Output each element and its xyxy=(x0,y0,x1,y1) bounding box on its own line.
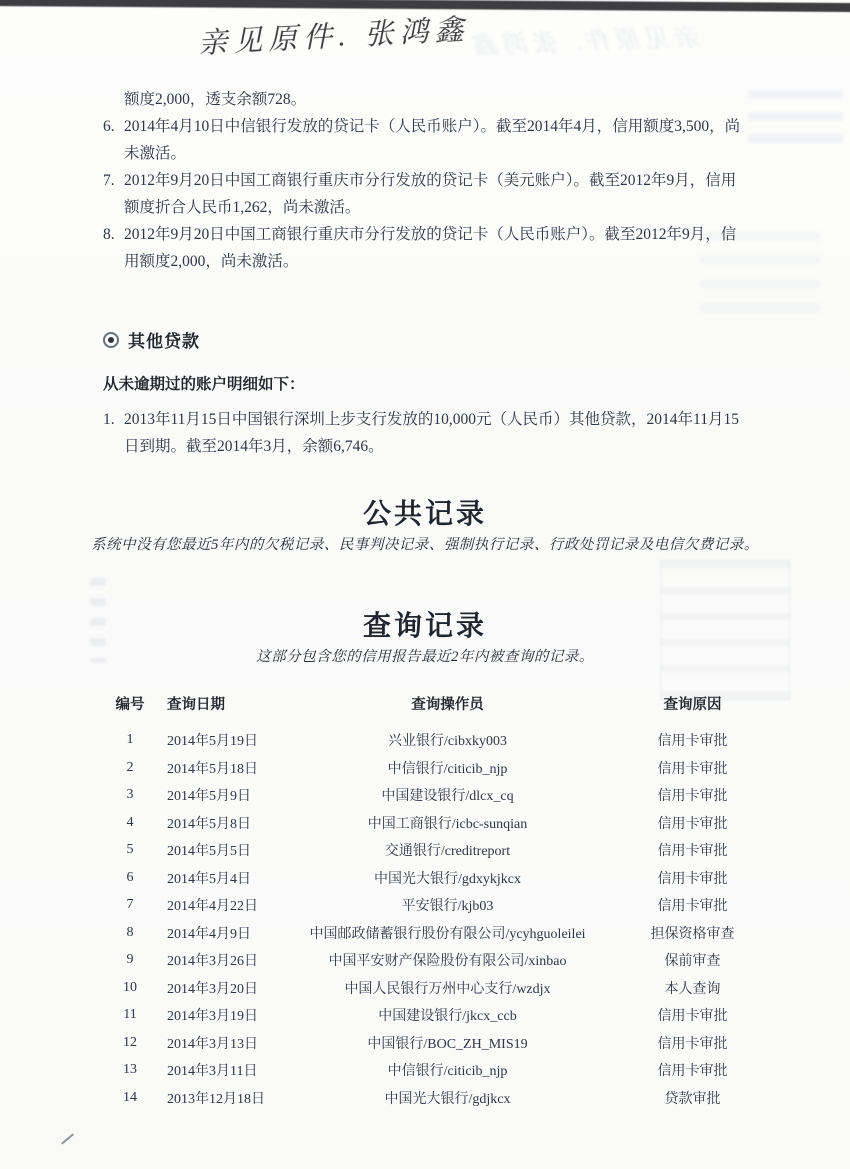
list-item-number: 1. xyxy=(103,406,124,460)
table-cell: 8 xyxy=(105,925,155,941)
table-cell: 2014年5月18日 xyxy=(155,758,305,778)
table-cell: 信用卡审批 xyxy=(590,1060,795,1080)
query-records-description: 这部分包含您的信用报告最近2年内被查询的记录。 xyxy=(0,645,850,666)
table-cell: 信用卡审批 xyxy=(590,840,795,860)
table-header-cell: 查询日期 xyxy=(155,693,305,714)
table-row: 132014年3月11日中信银行/citicib_njp信用卡审批 xyxy=(105,1057,795,1085)
table-cell: 2014年5月4日 xyxy=(155,868,305,888)
other-loan-items: 1.2013年11月15日中国银行深圳上步支行发放的10,000元（人民币）其他… xyxy=(103,406,751,460)
table-cell: 1 xyxy=(105,732,155,748)
table-row: 52014年5月5日交通银行/creditreport信用卡审批 xyxy=(105,837,795,865)
table-cell: 4 xyxy=(105,815,155,831)
table-row: 122014年3月13日中国银行/BOC_ZH_MIS19信用卡审批 xyxy=(105,1029,795,1057)
table-cell: 3 xyxy=(105,787,155,803)
table-cell: 7 xyxy=(105,897,155,913)
table-cell: 6 xyxy=(105,870,155,886)
list-item: 8.2012年9月20日中国工商银行重庆市分行发放的贷记卡（人民币账户）。截至2… xyxy=(103,221,751,275)
table-cell: 2014年4月22日 xyxy=(155,895,305,915)
credit-card-item-continuation: 额度2,000，透支余额728。 xyxy=(103,86,751,113)
query-records-table: 编号查询日期查询操作员查询原因12014年5月19日兴业银行/cibxky003… xyxy=(105,690,795,1112)
table-row: 32014年5月9日中国建设银行/dlcx_cq信用卡审批 xyxy=(105,782,795,810)
table-cell: 保前审查 xyxy=(590,950,795,970)
table-header-cell: 编号 xyxy=(105,693,155,714)
table-cell: 交通银行/creditreport xyxy=(305,840,590,860)
table-row: 62014年5月4日中国光大银行/gdxykjkcx信用卡审批 xyxy=(105,864,795,892)
other-loans-title: 其他贷款 xyxy=(128,327,200,352)
table-cell: 2014年5月19日 xyxy=(155,730,305,750)
table-cell: 平安银行/kjb03 xyxy=(305,895,590,915)
table-cell: 中国工商银行/icbc-sunqian xyxy=(305,813,590,833)
table-cell: 信用卡审批 xyxy=(590,813,795,833)
table-cell: 信用卡审批 xyxy=(590,868,795,888)
query-records-title: 查询记录 xyxy=(0,604,850,644)
table-cell: 2014年5月8日 xyxy=(155,813,305,833)
table-cell: 2013年12月18日 xyxy=(155,1088,305,1108)
table-cell: 中信银行/citicib_njp xyxy=(305,758,590,778)
table-cell: 信用卡审批 xyxy=(590,895,795,915)
table-cell: 信用卡审批 xyxy=(590,1005,795,1025)
public-records-title: 公共记录 xyxy=(0,492,850,532)
table-cell: 2014年4月9日 xyxy=(155,923,305,943)
table-cell: 9 xyxy=(105,952,155,968)
table-row: 42014年5月8日中国工商银行/icbc-sunqian信用卡审批 xyxy=(105,809,795,837)
other-loans-intro: 从未逾期过的账户明细如下： xyxy=(103,372,305,394)
table-cell: 中国平安财产保险股份有限公司/xinbao xyxy=(305,950,590,970)
table-cell: 信用卡审批 xyxy=(590,1033,795,1053)
table-cell: 14 xyxy=(105,1090,155,1106)
table-cell: 5 xyxy=(105,842,155,858)
table-cell: 2014年3月19日 xyxy=(155,1005,305,1025)
table-cell: 2014年5月5日 xyxy=(155,840,305,860)
table-cell: 信用卡审批 xyxy=(590,785,795,805)
credit-card-list: 额度2,000，透支余额728。 6.2014年4月10日中信银行发放的贷记卡（… xyxy=(103,86,751,275)
list-item-text: 2012年9月20日中国工商银行重庆市分行发放的贷记卡（美元账户）。截至2012… xyxy=(124,167,751,221)
table-cell: 12 xyxy=(105,1035,155,1051)
other-loans-section-header: 其他贷款 xyxy=(103,327,200,352)
section-bullet-icon xyxy=(103,332,119,348)
bleed-through-artifact xyxy=(748,90,843,150)
list-item: 1.2013年11月15日中国银行深圳上步支行发放的10,000元（人民币）其他… xyxy=(103,406,751,460)
table-cell: 贷款审批 xyxy=(590,1088,795,1108)
table-row: 72014年4月22日平安银行/kjb03信用卡审批 xyxy=(105,892,795,920)
table-cell: 2014年3月26日 xyxy=(155,950,305,970)
public-records-description: 系统中没有您最近5年内的欠税记录、民事判决记录、强制执行记录、行政处罚记录及电信… xyxy=(0,533,850,554)
table-cell: 中国光大银行/gdxykjkcx xyxy=(305,868,590,888)
table-cell: 11 xyxy=(105,1007,155,1023)
list-item-number: 7. xyxy=(103,167,124,221)
table-cell: 中国邮政储蓄银行股份有限公司/ycyhguoleilei xyxy=(305,923,590,943)
table-cell: 本人查询 xyxy=(590,978,795,998)
table-cell: 2 xyxy=(105,760,155,776)
list-item: 7.2012年9月20日中国工商银行重庆市分行发放的贷记卡（美元账户）。截至20… xyxy=(103,167,751,221)
table-cell: 担保资格审查 xyxy=(590,923,795,943)
table-cell: 中国建设银行/dlcx_cq xyxy=(305,785,590,805)
list-item-number: 8. xyxy=(103,221,124,275)
table-cell: 10 xyxy=(105,980,155,996)
table-row: 92014年3月26日中国平安财产保险股份有限公司/xinbao保前审查 xyxy=(105,947,795,975)
table-cell: 中信银行/citicib_njp xyxy=(305,1060,590,1080)
table-row: 22014年5月18日中信银行/citicib_njp信用卡审批 xyxy=(105,754,795,782)
table-row: 102014年3月20日中国人民银行万州中心支行/wzdjx本人查询 xyxy=(105,974,795,1002)
table-cell: 2014年5月9日 xyxy=(155,785,305,805)
table-header-cell: 查询操作员 xyxy=(305,693,590,714)
table-header-cell: 查询原因 xyxy=(590,693,795,714)
table-header-row: 编号查询日期查询操作员查询原因 xyxy=(105,690,795,718)
table-cell: 中国光大银行/gdjkcx xyxy=(305,1088,590,1108)
table-cell: 2014年3月20日 xyxy=(155,978,305,998)
table-row: 112014年3月19日中国建设银行/jkcx_ccb信用卡审批 xyxy=(105,1002,795,1030)
list-item-text: 2014年4月10日中信银行发放的贷记卡（人民币账户）。截至2014年4月，信用… xyxy=(124,113,751,167)
bleed-through-handwriting-artifact: 亲见原件. 张鸿鑫 xyxy=(451,18,702,63)
table-cell: 中国建设银行/jkcx_ccb xyxy=(305,1005,590,1025)
table-row: 12014年5月19日兴业银行/cibxky003信用卡审批 xyxy=(105,727,795,755)
table-cell: 兴业银行/cibxky003 xyxy=(305,730,590,750)
table-cell: 中国银行/BOC_ZH_MIS19 xyxy=(305,1033,590,1053)
list-item: 6.2014年4月10日中信银行发放的贷记卡（人民币账户）。截至2014年4月，… xyxy=(103,113,751,167)
table-row: 142013年12月18日中国光大银行/gdjkcx贷款审批 xyxy=(105,1084,795,1112)
table-cell: 2014年3月13日 xyxy=(155,1033,305,1053)
list-item-number: 6. xyxy=(103,113,124,167)
table-cell: 13 xyxy=(105,1062,155,1078)
pen-mark-artifact xyxy=(61,1133,74,1144)
list-item-text: 2013年11月15日中国银行深圳上步支行发放的10,000元（人民币）其他贷款… xyxy=(124,406,751,460)
table-cell: 2014年3月11日 xyxy=(155,1060,305,1080)
scanned-credit-report-page: 亲见原件. 张鸿鑫 亲见原件. 张鸿鑫 额度2,000，透支余额728。 6.2… xyxy=(0,0,850,1169)
credit-card-items: 6.2014年4月10日中信银行发放的贷记卡（人民币账户）。截至2014年4月，… xyxy=(103,113,751,275)
table-cell: 中国人民银行万州中心支行/wzdjx xyxy=(305,978,590,998)
table-row: 82014年4月9日中国邮政储蓄银行股份有限公司/ycyhguoleilei担保… xyxy=(105,919,795,947)
table-cell: 信用卡审批 xyxy=(590,730,795,750)
handwritten-annotation: 亲见原件. 张鸿鑫 xyxy=(197,7,469,62)
table-cell: 信用卡审批 xyxy=(590,758,795,778)
list-item-text: 2012年9月20日中国工商银行重庆市分行发放的贷记卡（人民币账户）。截至201… xyxy=(124,221,751,275)
